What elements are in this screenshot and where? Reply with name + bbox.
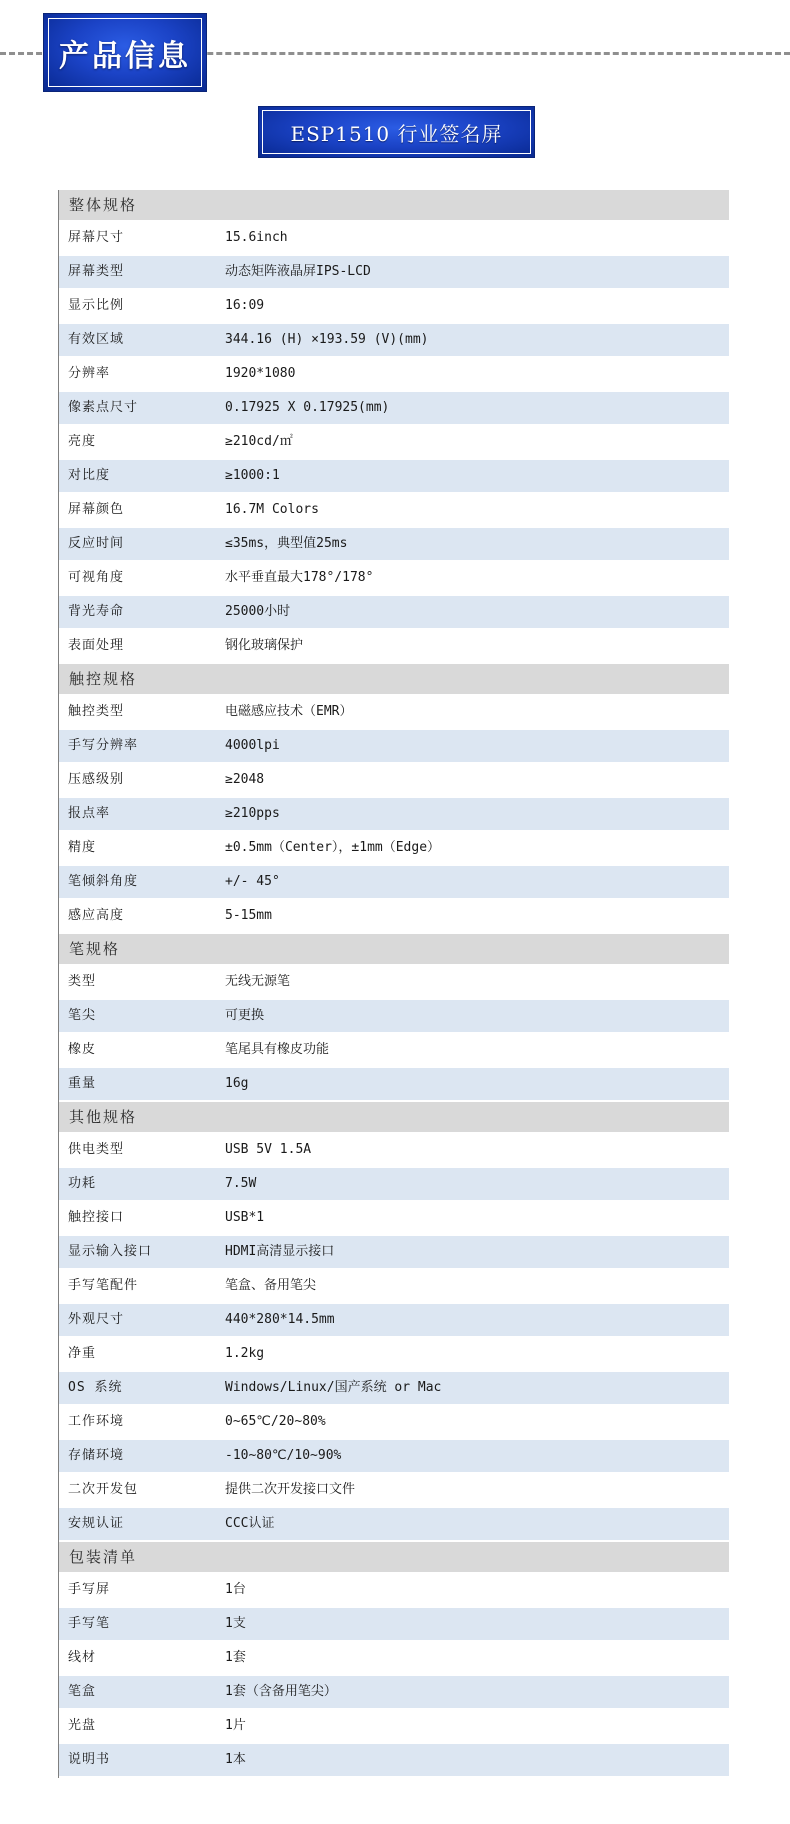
spec-row: 笔倾斜角度+/- 45° bbox=[59, 866, 729, 898]
spec-label: 净重 bbox=[59, 1338, 225, 1370]
spec-value: 1支 bbox=[225, 1608, 729, 1640]
spec-row: 供电类型USB 5V 1.5A bbox=[59, 1134, 729, 1166]
spec-row: 显示输入接口HDMI高清显示接口 bbox=[59, 1236, 729, 1268]
spec-label: 说明书 bbox=[59, 1744, 225, 1776]
spec-row: 净重1.2kg bbox=[59, 1338, 729, 1370]
spec-label: 笔倾斜角度 bbox=[59, 866, 225, 898]
spec-label: 报点率 bbox=[59, 798, 225, 830]
spec-row: 触控类型电磁感应技术（EMR） bbox=[59, 696, 729, 728]
section-header: 触控规格 bbox=[59, 664, 729, 694]
spec-value: Windows/Linux/国产系统 or Mac bbox=[225, 1372, 729, 1404]
spec-label: 压感级别 bbox=[59, 764, 225, 796]
spec-label: 重量 bbox=[59, 1068, 225, 1100]
spec-row: 重量16g bbox=[59, 1068, 729, 1100]
spec-value: CCC认证 bbox=[225, 1508, 729, 1540]
spec-row: 像素点尺寸0.17925 X 0.17925(mm) bbox=[59, 392, 729, 424]
spec-row: 屏幕颜色16.7M Colors bbox=[59, 494, 729, 526]
spec-row: 手写分辨率4000lpi bbox=[59, 730, 729, 762]
spec-label: 存储环境 bbox=[59, 1440, 225, 1472]
spec-row: 屏幕尺寸15.6inch bbox=[59, 222, 729, 254]
spec-row: 表面处理钢化玻璃保护 bbox=[59, 630, 729, 662]
spec-label: 屏幕颜色 bbox=[59, 494, 225, 526]
spec-value: HDMI高清显示接口 bbox=[225, 1236, 729, 1268]
spec-row: 安规认证CCC认证 bbox=[59, 1508, 729, 1540]
spec-label: 笔尖 bbox=[59, 1000, 225, 1032]
spec-value: ≤35ms，典型值25ms bbox=[225, 528, 729, 560]
spec-value: 1台 bbox=[225, 1574, 729, 1606]
spec-label: 显示比例 bbox=[59, 290, 225, 322]
spec-value: -10~80℃/10~90% bbox=[225, 1440, 729, 1472]
spec-row: 光盘1片 bbox=[59, 1710, 729, 1742]
spec-label: 功耗 bbox=[59, 1168, 225, 1200]
spec-row: 压感级别≥2048 bbox=[59, 764, 729, 796]
spec-row: 反应时间≤35ms，典型值25ms bbox=[59, 528, 729, 560]
spec-value: 1套（含备用笔尖） bbox=[225, 1676, 729, 1708]
spec-label: 触控类型 bbox=[59, 696, 225, 728]
spec-row: 外观尺寸440*280*14.5mm bbox=[59, 1304, 729, 1336]
spec-row: 对比度≥1000:1 bbox=[59, 460, 729, 492]
spec-label: 光盘 bbox=[59, 1710, 225, 1742]
spec-value: 1片 bbox=[225, 1710, 729, 1742]
spec-label: 二次开发包 bbox=[59, 1474, 225, 1506]
spec-label: 触控接口 bbox=[59, 1202, 225, 1234]
spec-label: 手写笔配件 bbox=[59, 1270, 225, 1302]
spec-value: ≥2048 bbox=[225, 764, 729, 796]
spec-value: 可更换 bbox=[225, 1000, 729, 1032]
spec-label: 供电类型 bbox=[59, 1134, 225, 1166]
spec-value: 1.2kg bbox=[225, 1338, 729, 1370]
spec-label: 有效区域 bbox=[59, 324, 225, 356]
spec-label: 手写笔 bbox=[59, 1608, 225, 1640]
spec-label: 屏幕类型 bbox=[59, 256, 225, 288]
spec-value: +/- 45° bbox=[225, 866, 729, 898]
spec-value: 1套 bbox=[225, 1642, 729, 1674]
spec-label: 手写分辨率 bbox=[59, 730, 225, 762]
spec-row: 感应高度5-15mm bbox=[59, 900, 729, 932]
spec-label: 分辨率 bbox=[59, 358, 225, 390]
spec-value: 344.16 (H) ×193.59 (V)(mm) bbox=[225, 324, 729, 356]
section-header: 其他规格 bbox=[59, 1102, 729, 1132]
spec-label: 精度 bbox=[59, 832, 225, 864]
spec-label: 外观尺寸 bbox=[59, 1304, 225, 1336]
spec-table: 整体规格屏幕尺寸15.6inch屏幕类型动态矩阵液晶屏IPS-LCD显示比例16… bbox=[58, 190, 729, 1778]
spec-row: 笔尖可更换 bbox=[59, 1000, 729, 1032]
spec-label: 显示输入接口 bbox=[59, 1236, 225, 1268]
spec-label: OS 系统 bbox=[59, 1372, 225, 1404]
spec-row: 橡皮笔尾具有橡皮功能 bbox=[59, 1034, 729, 1066]
spec-row: 二次开发包提供二次开发接口文件 bbox=[59, 1474, 729, 1506]
spec-row: 工作环境0~65℃/20~80% bbox=[59, 1406, 729, 1438]
spec-row: 触控接口USB*1 bbox=[59, 1202, 729, 1234]
spec-label: 类型 bbox=[59, 966, 225, 998]
spec-value: 0~65℃/20~80% bbox=[225, 1406, 729, 1438]
spec-row: 手写笔1支 bbox=[59, 1608, 729, 1640]
spec-value: USB*1 bbox=[225, 1202, 729, 1234]
section-header: 笔规格 bbox=[59, 934, 729, 964]
spec-row: 精度±0.5mm（Center），±1mm（Edge） bbox=[59, 832, 729, 864]
spec-row: 存储环境-10~80℃/10~90% bbox=[59, 1440, 729, 1472]
spec-value: 0.17925 X 0.17925(mm) bbox=[225, 392, 729, 424]
spec-label: 笔盒 bbox=[59, 1676, 225, 1708]
spec-value: 4000lpi bbox=[225, 730, 729, 762]
spec-value: 提供二次开发接口文件 bbox=[225, 1474, 729, 1506]
spec-label: 橡皮 bbox=[59, 1034, 225, 1066]
spec-label: 亮度 bbox=[59, 426, 225, 458]
spec-row: 说明书1本 bbox=[59, 1744, 729, 1776]
spec-row: 分辨率1920*1080 bbox=[59, 358, 729, 390]
spec-row: 背光寿命25000小时 bbox=[59, 596, 729, 628]
spec-value: 钢化玻璃保护 bbox=[225, 630, 729, 662]
spec-label: 安规认证 bbox=[59, 1508, 225, 1540]
spec-value: 7.5W bbox=[225, 1168, 729, 1200]
spec-value: 笔盒、备用笔尖 bbox=[225, 1270, 729, 1302]
spec-row: 类型无线无源笔 bbox=[59, 966, 729, 998]
spec-value: 15.6inch bbox=[225, 222, 729, 254]
spec-value: 电磁感应技术（EMR） bbox=[225, 696, 729, 728]
spec-value: 无线无源笔 bbox=[225, 966, 729, 998]
spec-label: 反应时间 bbox=[59, 528, 225, 560]
spec-value: 笔尾具有橡皮功能 bbox=[225, 1034, 729, 1066]
spec-row: 功耗7.5W bbox=[59, 1168, 729, 1200]
spec-row: 笔盒1套（含备用笔尖） bbox=[59, 1676, 729, 1708]
spec-row: 可视角度水平垂直最大178°/178° bbox=[59, 562, 729, 594]
spec-label: 手写屏 bbox=[59, 1574, 225, 1606]
spec-value: 1920*1080 bbox=[225, 358, 729, 390]
spec-label: 可视角度 bbox=[59, 562, 225, 594]
product-model-banner-title: ESP1510 行业签名屏 bbox=[290, 118, 502, 147]
product-info-badge: 产品信息 bbox=[43, 13, 207, 92]
spec-value: ≥1000:1 bbox=[225, 460, 729, 492]
spec-value: USB 5V 1.5A bbox=[225, 1134, 729, 1166]
spec-row: 显示比例16:09 bbox=[59, 290, 729, 322]
spec-value: ±0.5mm（Center），±1mm（Edge） bbox=[225, 832, 729, 864]
spec-value: 16.7M Colors bbox=[225, 494, 729, 526]
spec-row: 屏幕类型动态矩阵液晶屏IPS-LCD bbox=[59, 256, 729, 288]
spec-value: 动态矩阵液晶屏IPS-LCD bbox=[225, 256, 729, 288]
spec-row: 报点率≥210pps bbox=[59, 798, 729, 830]
spec-value: 25000小时 bbox=[225, 596, 729, 628]
spec-label: 屏幕尺寸 bbox=[59, 222, 225, 254]
spec-row: 线材1套 bbox=[59, 1642, 729, 1674]
spec-label: 对比度 bbox=[59, 460, 225, 492]
spec-value: 16g bbox=[225, 1068, 729, 1100]
spec-value: 水平垂直最大178°/178° bbox=[225, 562, 729, 594]
spec-value: 1本 bbox=[225, 1744, 729, 1776]
spec-row: 亮度≥210cd/㎡ bbox=[59, 426, 729, 458]
spec-value: 5-15mm bbox=[225, 900, 729, 932]
product-model-banner: ESP1510 行业签名屏 bbox=[258, 106, 535, 158]
spec-row: 手写屏1台 bbox=[59, 1574, 729, 1606]
spec-label: 表面处理 bbox=[59, 630, 225, 662]
spec-label: 像素点尺寸 bbox=[59, 392, 225, 424]
spec-row: 手写笔配件笔盒、备用笔尖 bbox=[59, 1270, 729, 1302]
spec-label: 线材 bbox=[59, 1642, 225, 1674]
section-header: 包装清单 bbox=[59, 1542, 729, 1572]
spec-label: 工作环境 bbox=[59, 1406, 225, 1438]
spec-value: ≥210pps bbox=[225, 798, 729, 830]
spec-value: 440*280*14.5mm bbox=[225, 1304, 729, 1336]
spec-label: 背光寿命 bbox=[59, 596, 225, 628]
spec-value: 16:09 bbox=[225, 290, 729, 322]
spec-label: 感应高度 bbox=[59, 900, 225, 932]
section-header: 整体规格 bbox=[59, 190, 729, 220]
spec-row: 有效区域344.16 (H) ×193.59 (V)(mm) bbox=[59, 324, 729, 356]
spec-value: ≥210cd/㎡ bbox=[225, 426, 729, 458]
spec-row: OS 系统Windows/Linux/国产系统 or Mac bbox=[59, 1372, 729, 1404]
product-info-badge-title: 产品信息 bbox=[59, 31, 191, 75]
